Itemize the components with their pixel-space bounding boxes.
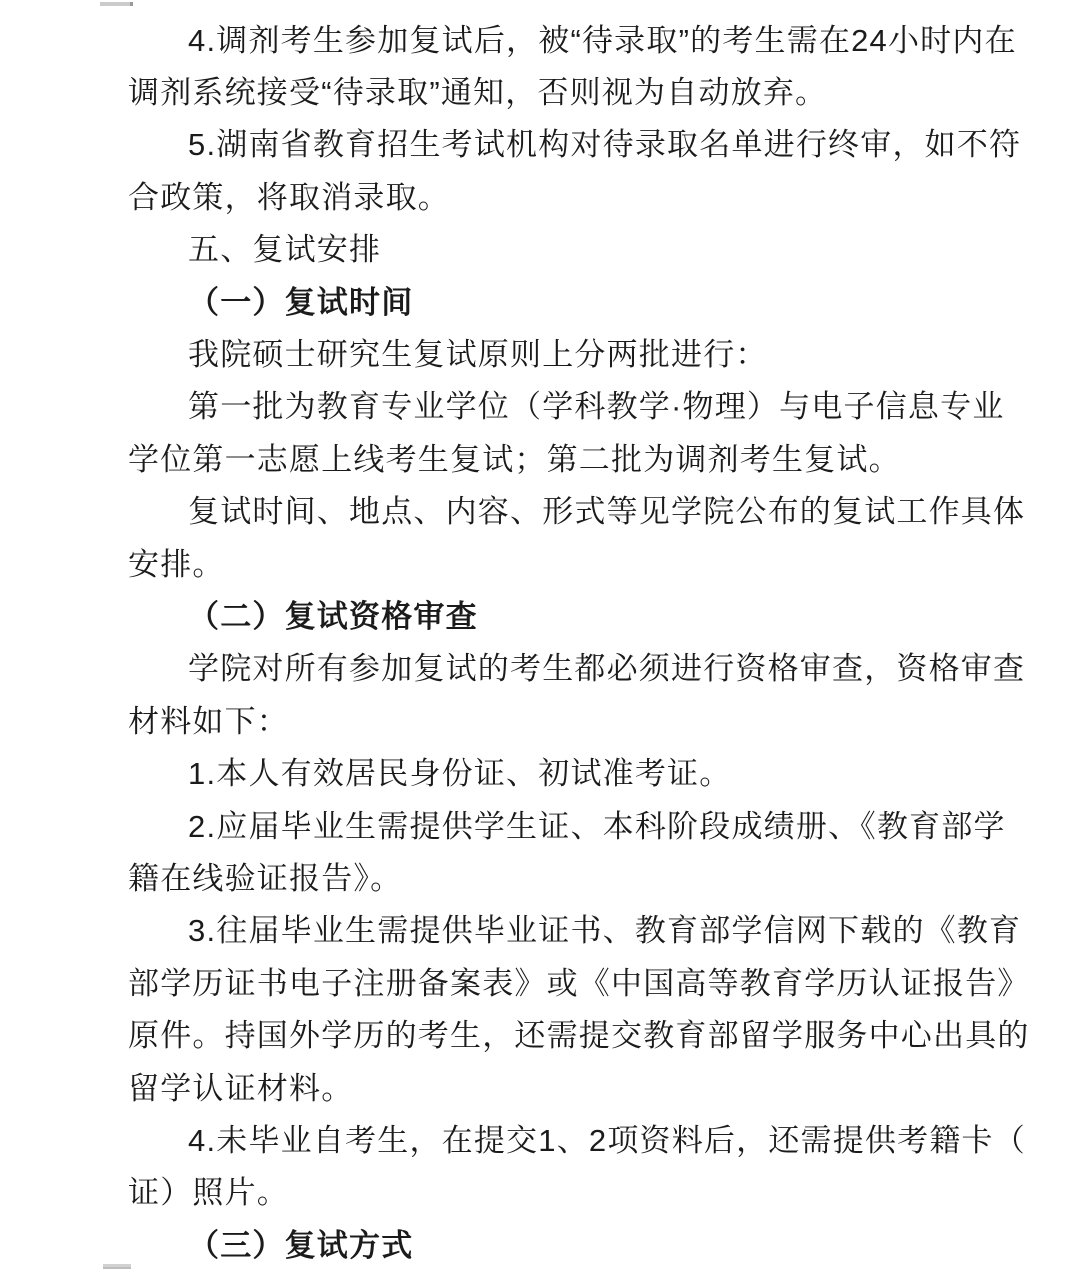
document-text-block: 4.调剂考生参加复试后，被“待录取”的考生需在24小时内在 调剂系统接受“待录取… (128, 11, 1040, 1268)
list-item-line: 证）照片。 (128, 1164, 1040, 1216)
subsection-heading: （二）复试资格审查 (128, 587, 1040, 639)
list-item-line: 籍在线验证报告》。 (128, 849, 1040, 901)
paragraph-line: 复试时间、地点、内容、形式等见学院公布的复试工作具体 (128, 483, 1040, 535)
paragraph-line: 5.湖南省教育招生考试机构对待录取名单进行终审，如不符 (128, 116, 1040, 168)
paragraph-line: 调剂系统接受“待录取”通知，否则视为自动放弃。 (128, 63, 1040, 115)
paragraph-line: 4.调剂考生参加复试后，被“待录取”的考生需在24小时内在 (128, 11, 1040, 63)
list-item-line: 2.应届毕业生需提供学生证、本科阶段成绩册、《教育部学 (128, 797, 1040, 849)
document-page: 4.调剂考生参加复试后，被“待录取”的考生需在24小时内在 调剂系统接受“待录取… (0, 0, 1080, 1273)
subsection-heading: （一）复试时间 (128, 273, 1040, 325)
paragraph-line: 第一批为教育专业学位（学科教学·物理）与电子信息专业 (128, 378, 1040, 430)
cutoff-glyph-fragment-bottom (103, 1264, 131, 1269)
paragraph-line: 安排。 (128, 535, 1040, 587)
paragraph-line: 学位第一志愿上线考生复试；第二批为调剂考生复试。 (128, 430, 1040, 482)
section-title: 五、复试安排 (128, 221, 1040, 273)
paragraph-line: 合政策，将取消录取。 (128, 168, 1040, 220)
subsection-heading: （三）复试方式 (128, 1216, 1040, 1268)
list-item-line: 留学认证材料。 (128, 1059, 1040, 1111)
paragraph-line: 学院对所有参加复试的考生都必须进行资格审查，资格审查 (128, 640, 1040, 692)
list-item-line: 1.本人有效居民身份证、初试准考证。 (128, 744, 1040, 796)
list-item-line: 原件。持国外学历的考生，还需提交教育部留学服务中心出具的 (128, 1006, 1040, 1058)
list-item-line: 3.往届毕业生需提供毕业证书、教育部学信网下载的《教育 (128, 902, 1040, 954)
list-item-line: 4.未毕业自考生，在提交1、2项资料后，还需提供考籍卡（ (128, 1111, 1040, 1163)
paragraph-line: 材料如下： (128, 692, 1040, 744)
cutoff-glyph-fragment-top (100, 2, 133, 6)
paragraph-line: 我院硕士研究生复试原则上分两批进行： (128, 325, 1040, 377)
list-item-line: 部学历证书电子注册备案表》或《中国高等教育学历认证报告》 (128, 954, 1040, 1006)
